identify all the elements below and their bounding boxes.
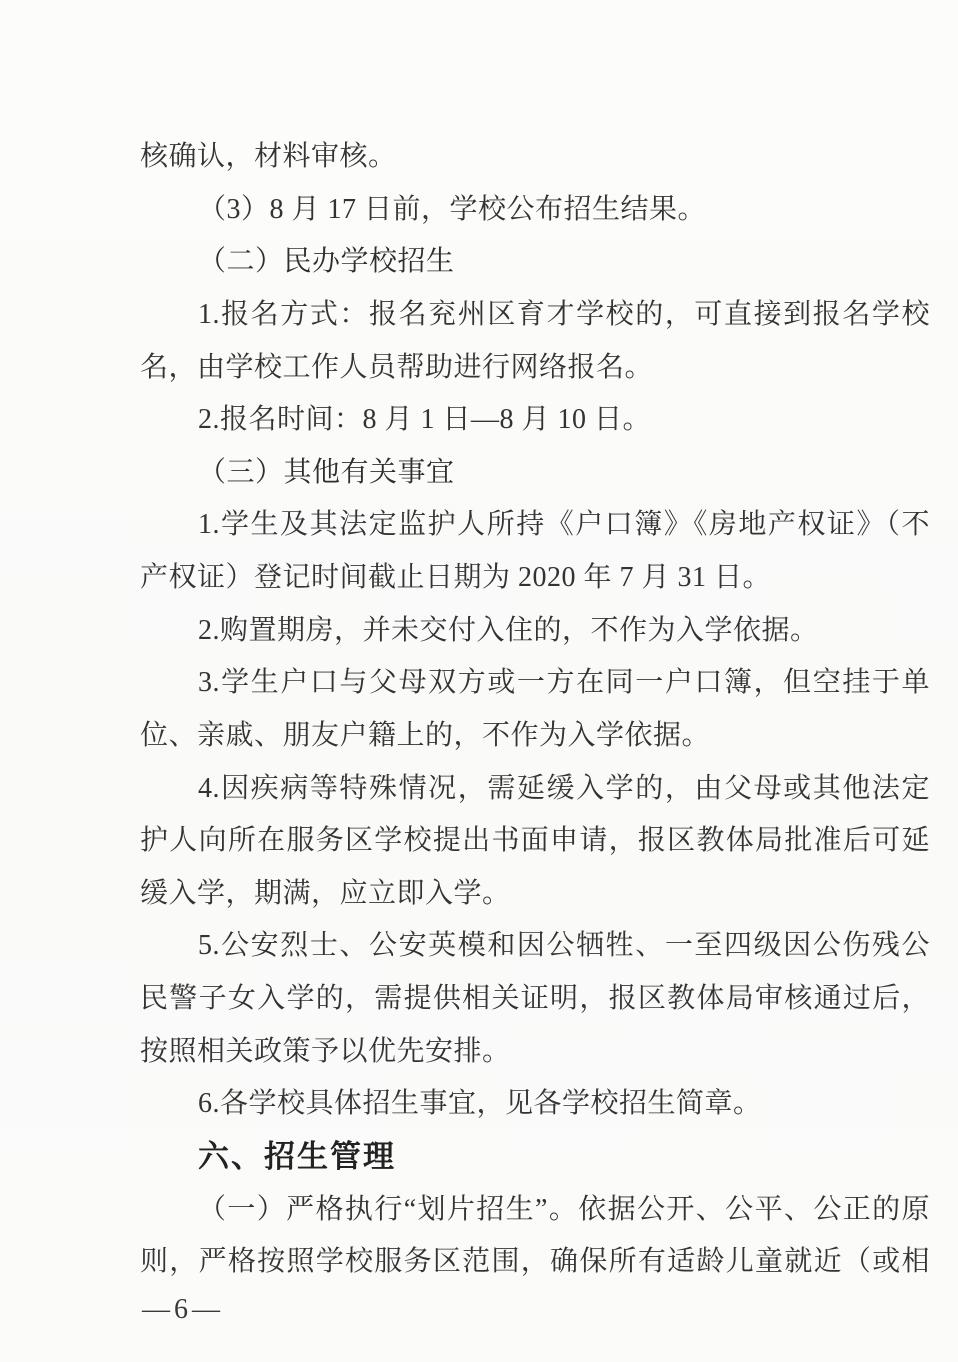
text-line: 核确认，材料审核。 [140, 131, 930, 184]
document-page: 核确认，材料审核。（3）8 月 17 日前，学校公布招生结果。（二）民办学校招生… [0, 0, 958, 1362]
document-body: 核确认，材料审核。（3）8 月 17 日前，学校公布招生结果。（二）民办学校招生… [140, 131, 930, 1289]
text-line: 2.报名时间：8 月 1 日—8 月 10 日。 [140, 394, 930, 447]
text-line: 1.学生及其法定监护人所持《户口簿》《房地产权证》（不动 [140, 499, 930, 552]
subsection-heading: （二）民办学校招生 [140, 236, 930, 289]
text-line: 5.公安烈士、公安英模和因公牺牲、一至四级因公伤残公安 [140, 920, 930, 973]
text-line: 产权证）登记时间截止日期为 2020 年 7 月 31 日。 [140, 552, 930, 605]
text-line: 1.报名方式：报名兖州区育才学校的，可直接到报名学校报 [140, 289, 930, 342]
text-line: （一）严格执行“划片招生”。依据公开、公平、公正的原 [140, 1184, 930, 1237]
text-line: 位、亲戚、朋友户籍上的，不作为入学依据。 [140, 710, 930, 763]
page-number: —6— [142, 1284, 224, 1336]
text-line: 3.学生户口与父母双方或一方在同一户口簿，但空挂于单 [140, 657, 930, 710]
text-line: 名，由学校工作人员帮助进行网络报名。 [140, 342, 930, 395]
text-line: 民警子女入学的，需提供相关证明，报区教体局审核通过后， [140, 973, 930, 1026]
text-line: 4.因疾病等特殊情况，需延缓入学的，由父母或其他法定监 [140, 763, 930, 816]
text-line: 6.各学校具体招生事宜，见各学校招生简章。 [140, 1078, 930, 1131]
text-line: 则，严格按照学校服务区范围，确保所有适龄儿童就近（或相 [140, 1236, 930, 1289]
text-line: 2.购置期房，并未交付入住的，不作为入学依据。 [140, 605, 930, 658]
text-line: 护人向所在服务区学校提出书面申请，报区教体局批准后可延 [140, 815, 930, 868]
subsection-heading: （三）其他有关事宜 [140, 447, 930, 500]
text-line: 缓入学，期满，应立即入学。 [140, 868, 930, 921]
text-line: 按照相关政策予以优先安排。 [140, 1026, 930, 1079]
section-heading: 六、招生管理 [140, 1131, 930, 1184]
text-line: （3）8 月 17 日前，学校公布招生结果。 [140, 184, 930, 237]
